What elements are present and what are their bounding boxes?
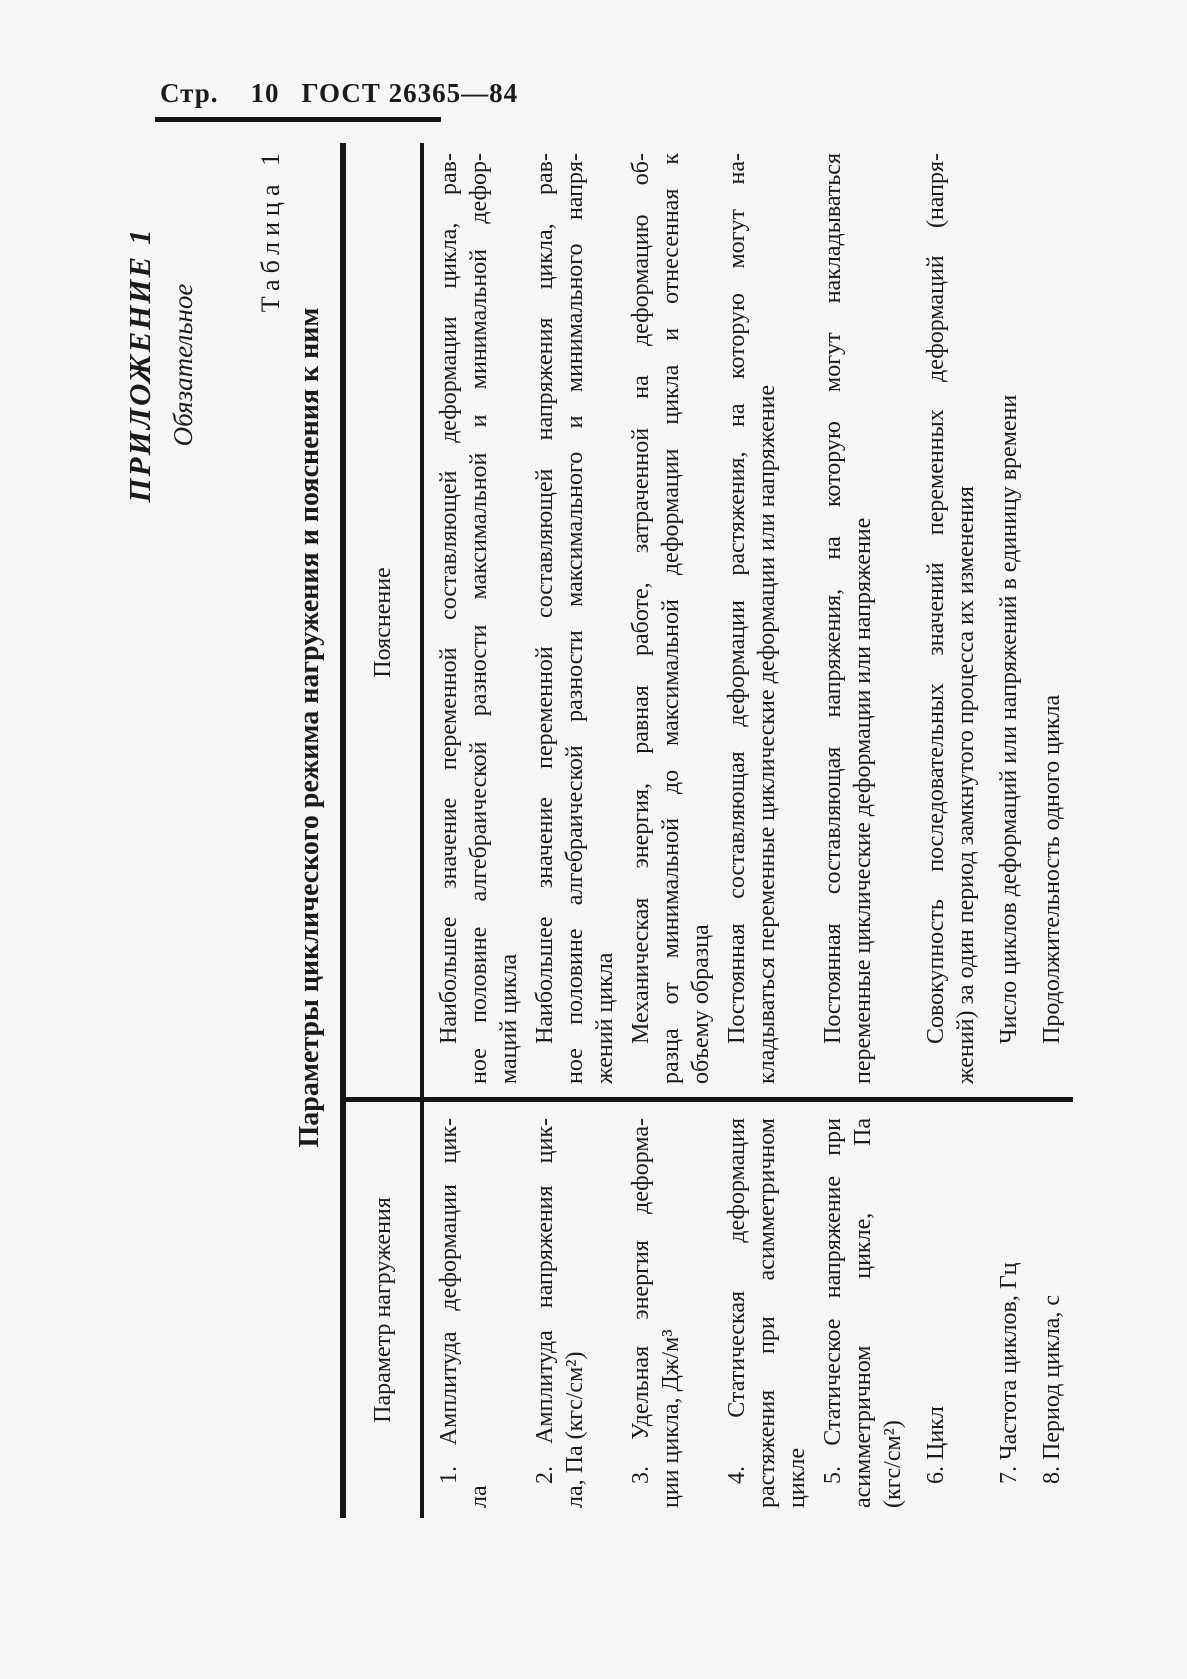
explanation-cell: Продолжительность одного цикла xyxy=(1037,143,1067,1102)
text-line: Постоянная составляющая напряжения, на к… xyxy=(818,153,848,1084)
text-line: Наибольшее значение переменной составляю… xyxy=(434,153,464,1084)
table-row: 8. Период цикла, с Продолжительность одн… xyxy=(1037,143,1067,1518)
table-title: Параметры циклического режима нагружения… xyxy=(294,135,326,1320)
text-line: ла xyxy=(464,1118,494,1508)
parameters-table: Параметр нагружения Пояснение 1. Амплиту… xyxy=(340,143,1073,1518)
appendix-subtitle: Обязательное xyxy=(168,145,199,585)
page-header: Стр.10ГОСТ 26365—84 xyxy=(160,78,518,109)
column-header-explanation: Пояснение xyxy=(346,143,420,1102)
text-line: разца от минимальной до максимальной деф… xyxy=(656,153,686,1084)
page-number: 10 xyxy=(251,78,280,108)
appendix-title: ПРИЛОЖЕНИЕ 1 xyxy=(122,145,158,585)
parameter-cell: 5. Статическое напряжение приасимметричн… xyxy=(818,1102,908,1518)
parameter-cell: 2. Амплитуда напряжения цик-ла, Па (кгс/… xyxy=(530,1102,620,1518)
text-line: асимметричном цикле, Па xyxy=(848,1118,878,1508)
text-line: ное половине алгебраической разности мак… xyxy=(560,153,590,1084)
column-divider-rule xyxy=(346,1097,1073,1102)
text-line: 2. Амплитуда напряжения цик- xyxy=(530,1118,560,1508)
text-line: Продолжительность одного цикла xyxy=(1037,153,1067,1084)
text-line: Совокупность последовательных значений п… xyxy=(921,153,951,1084)
explanation-cell: Наибольшее значение переменной составляю… xyxy=(530,143,620,1102)
table-header-row: Параметр нагружения Пояснение xyxy=(346,143,424,1518)
table-row: 6. Цикл Совокупность последовательных зн… xyxy=(921,143,981,1518)
explanation-cell: Совокупность последовательных значений п… xyxy=(921,143,981,1102)
header-rule xyxy=(155,117,441,122)
text-line: растяжения при асимметричном xyxy=(752,1118,782,1508)
text-line: объему образца xyxy=(686,153,716,1084)
text-line: 4. Статическая деформация xyxy=(722,1118,752,1508)
table-row: 4. Статическая деформациярастяжения при … xyxy=(722,143,812,1518)
text-line: ное половине алгебраической разности мак… xyxy=(464,153,494,1084)
text-line: цикле xyxy=(782,1118,812,1508)
text-line: ции цикла, Дж/м³ xyxy=(656,1118,686,1508)
text-line: маций цикла xyxy=(494,153,524,1084)
explanation-cell: Наибольшее значение переменной составляю… xyxy=(434,143,524,1102)
text-line: Число циклов деформаций или напряжений в… xyxy=(994,153,1024,1084)
parameter-cell: 8. Период цикла, с xyxy=(1037,1102,1067,1518)
text-line: 7. Частота циклов, Гц xyxy=(994,1118,1024,1508)
appendix-block: ПРИЛОЖЕНИЕ 1 Обязательное xyxy=(122,145,199,585)
text-line: ла, Па (кгс/см²) xyxy=(560,1118,590,1508)
text-line: Механическая энергия, равная работе, зат… xyxy=(626,153,656,1084)
text-line: Наибольшее значение переменной составляю… xyxy=(530,153,560,1084)
scanned-document-page: Стр.10ГОСТ 26365—84 ПРИЛОЖЕНИЕ 1 Обязате… xyxy=(0,0,1187,1679)
table-label: Таблица 1 xyxy=(256,147,286,312)
table-row: 3. Удельная энергия деформа-ции цикла, Д… xyxy=(626,143,716,1518)
explanation-cell: Механическая энергия, равная работе, зат… xyxy=(626,143,716,1102)
page-label: Стр. xyxy=(160,78,219,108)
standard-number: ГОСТ 26365—84 xyxy=(302,78,519,108)
table-row: 7. Частота циклов, Гц Число циклов дефор… xyxy=(994,143,1024,1518)
text-line: 1. Амплитуда деформации цик- xyxy=(434,1118,464,1508)
parameter-cell: 6. Цикл xyxy=(921,1102,981,1518)
text-line: жений) за один период замкнутого процесс… xyxy=(951,153,981,1084)
text-line: кладываться переменные циклические дефор… xyxy=(752,153,782,1084)
text-line: жений цикла xyxy=(590,153,620,1084)
text-line: 5. Статическое напряжение при xyxy=(818,1118,848,1508)
text-line: 3. Удельная энергия деформа- xyxy=(626,1118,656,1508)
text-line: Постоянная составляющая деформации растя… xyxy=(722,153,752,1084)
table-body: 1. Амплитуда деформации цик-ла Наибольше… xyxy=(424,143,1073,1518)
rotated-content-area: ПРИЛОЖЕНИЕ 1 Обязательное Таблица 1 Пара… xyxy=(110,135,1080,1665)
text-line: 8. Период цикла, с xyxy=(1037,1118,1067,1508)
explanation-cell: Число циклов деформаций или напряжений в… xyxy=(994,143,1024,1102)
table-row: 5. Статическое напряжение приасимметричн… xyxy=(818,143,908,1518)
column-header-parameter: Параметр нагружения xyxy=(346,1102,420,1518)
table-row: 1. Амплитуда деформации цик-ла Наибольше… xyxy=(434,143,524,1518)
explanation-cell: Постоянная составляющая деформации растя… xyxy=(722,143,812,1102)
parameter-cell: 4. Статическая деформациярастяжения при … xyxy=(722,1102,812,1518)
text-line: переменные циклические деформации или на… xyxy=(848,153,878,1084)
parameter-cell: 1. Амплитуда деформации цик-ла xyxy=(434,1102,524,1518)
text-line: (кгс/см²) xyxy=(878,1118,908,1508)
table-row: 2. Амплитуда напряжения цик-ла, Па (кгс/… xyxy=(530,143,620,1518)
text-line: 6. Цикл xyxy=(921,1118,951,1508)
landscape-sheet: ПРИЛОЖЕНИЕ 1 Обязательное Таблица 1 Пара… xyxy=(110,135,1080,1665)
parameter-cell: 7. Частота циклов, Гц xyxy=(994,1102,1024,1518)
explanation-cell: Постоянная составляющая напряжения, на к… xyxy=(818,143,908,1102)
parameter-cell: 3. Удельная энергия деформа-ции цикла, Д… xyxy=(626,1102,716,1518)
